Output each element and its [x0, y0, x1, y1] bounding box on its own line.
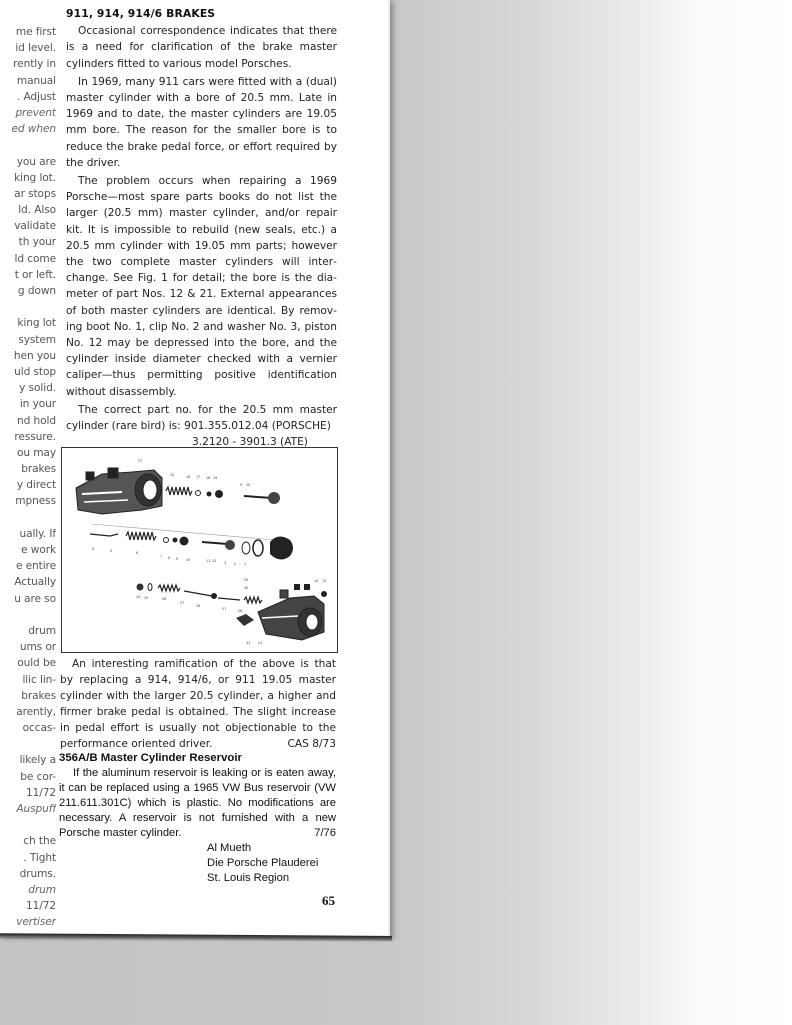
margin-fragment: arently,	[0, 704, 56, 720]
margin-fragment: manual	[0, 73, 56, 89]
svg-text:26: 26	[162, 597, 166, 601]
margin-fragment: ed when	[0, 121, 56, 137]
article-title: 356A/B Master Cylinder Reservoir	[59, 751, 336, 766]
svg-text:15: 15	[170, 473, 174, 477]
region-name: St. Louis Region	[207, 871, 336, 886]
paragraph-intro: Occasional correspondence indicates that…	[66, 23, 337, 72]
page-number: 65	[322, 893, 335, 909]
article-brakes-conclusion: An interesting ramification of the above…	[60, 656, 336, 754]
publication-name: Die Porsche Plauderei	[207, 856, 336, 871]
svg-text:11: 11	[206, 559, 210, 563]
svg-text:13: 13	[322, 579, 326, 583]
margin-fragment: prevent	[0, 105, 56, 121]
paragraph-problem: The problem occurs when repairing a 1969…	[66, 173, 337, 400]
margin-fragment	[0, 510, 56, 526]
margin-fragment: rently in	[0, 56, 56, 72]
margin-fragment: ressure.	[0, 429, 56, 445]
article-brakes: 911, 914, 914/6 BRAKES Occasional corres…	[66, 6, 337, 485]
margin-fragment: 11/72	[0, 785, 56, 801]
margin-fragment: Actually	[0, 574, 56, 590]
svg-text:9: 9	[176, 557, 178, 561]
svg-text:14: 14	[314, 579, 318, 583]
margin-fragment: occas-	[0, 720, 56, 736]
article-title: 911, 914, 914/6 BRAKES	[66, 6, 337, 22]
margin-fragment: t or left.	[0, 267, 56, 283]
margin-fragment: mpness	[0, 493, 56, 509]
margin-fragment: llic lin-	[0, 672, 56, 688]
svg-text:29: 29	[244, 578, 248, 582]
svg-text:17: 17	[196, 475, 200, 479]
margin-fragment: 11/72	[0, 898, 56, 914]
margin-fragment: u are so	[0, 591, 56, 607]
margin-fragment	[0, 736, 56, 752]
paragraph-part-number: The correct part no. for the 20.5 mm mas…	[66, 402, 337, 451]
margin-fragment: ld. Also	[0, 202, 56, 218]
margin-fragment: e work	[0, 542, 56, 558]
svg-text:10: 10	[186, 558, 190, 562]
svg-text:22: 22	[270, 631, 274, 635]
margin-fragment	[0, 607, 56, 623]
margin-fragment: nd hold	[0, 413, 56, 429]
svg-text:30: 30	[244, 586, 248, 590]
margin-fragment	[0, 137, 56, 153]
margin-fragment	[0, 299, 56, 315]
margin-fragment: g down	[0, 283, 56, 299]
margin-fragment: validate	[0, 218, 56, 234]
svg-text:1: 1	[244, 562, 246, 566]
svg-text:19: 19	[213, 476, 217, 480]
margin-fragment: ums or	[0, 639, 56, 655]
margin-fragment: be cor-	[0, 769, 56, 785]
svg-text:21: 21	[258, 641, 262, 645]
margin-fragment: ld come	[0, 251, 56, 267]
margin-fragment: king lot	[0, 315, 56, 331]
margin-fragment: brakes	[0, 461, 56, 477]
margin-fragment: . Tight	[0, 850, 56, 866]
master-cylinder-diagram: 27 1516171819 910 456 78910 1112 321 293…	[62, 448, 337, 652]
margin-fragment: ould be	[0, 655, 56, 671]
svg-text:6: 6	[136, 551, 138, 555]
svg-text:7: 7	[160, 555, 162, 559]
margin-fragment: y direct	[0, 477, 56, 493]
paragraph-bore-history: In 1969, many 911 cars were fitted with …	[66, 74, 337, 171]
margin-fragment: Auspuff	[0, 801, 56, 817]
margin-fragment: th your	[0, 234, 56, 250]
margin-fragment: you are	[0, 154, 56, 170]
part-number-porsche: 901.355.012.04 (PORSCHE)	[184, 420, 331, 432]
margin-fragment	[0, 817, 56, 833]
svg-text:24: 24	[136, 595, 140, 599]
svg-text:16: 16	[186, 475, 190, 479]
margin-fragment: likely a	[0, 752, 56, 768]
svg-text:25: 25	[144, 596, 148, 600]
svg-text:18: 18	[206, 476, 210, 480]
book-page: me firstid level.rently inmanual. Adjust…	[0, 0, 390, 937]
previous-column-fragments: me firstid level.rently inmanual. Adjust…	[0, 24, 56, 931]
page-edge-shadow	[388, 0, 402, 940]
margin-fragment: ch the	[0, 833, 56, 849]
svg-text:27: 27	[222, 607, 226, 611]
svg-text:12: 12	[212, 559, 216, 563]
svg-text:27: 27	[138, 459, 142, 463]
margin-fragment: uld stop	[0, 364, 56, 380]
margin-fragment: king lot.	[0, 170, 56, 186]
svg-text:8: 8	[168, 556, 170, 560]
margin-fragment: me first	[0, 24, 56, 40]
margin-fragment: vertiser	[0, 914, 56, 930]
article-reservoir: 356A/B Master Cylinder Reservoir If the …	[59, 751, 336, 886]
margin-fragment: ually. If	[0, 526, 56, 542]
margin-fragment: in your	[0, 396, 56, 412]
svg-text:2: 2	[234, 562, 236, 566]
author-name: Al Mueth	[207, 841, 336, 856]
margin-fragment: system	[0, 332, 56, 348]
article-signoff: CAS 8/73	[275, 736, 336, 752]
margin-fragment: ar stops	[0, 186, 56, 202]
svg-text:4: 4	[92, 547, 94, 551]
margin-fragment: brakes	[0, 688, 56, 704]
margin-fragment: . Adjust	[0, 89, 56, 105]
svg-text:10: 10	[246, 483, 250, 487]
svg-text:27: 27	[180, 601, 184, 605]
margin-fragment: e entire	[0, 558, 56, 574]
svg-text:28: 28	[238, 609, 242, 613]
exploded-view-figure: 27 1516171819 910 456 78910 1112 321 293…	[61, 447, 338, 653]
svg-text:9: 9	[240, 483, 242, 487]
margin-fragment: id level.	[0, 40, 56, 56]
margin-fragment: drum	[0, 882, 56, 898]
margin-fragment: drum	[0, 623, 56, 639]
svg-text:5: 5	[110, 549, 112, 553]
margin-fragment: hen you	[0, 348, 56, 364]
margin-fragment: ou may	[0, 445, 56, 461]
paragraph-conclusion: An interesting ramification of the above…	[60, 656, 336, 752]
margin-fragment: drums.	[0, 866, 56, 882]
svg-text:3: 3	[224, 561, 226, 565]
margin-fragment: y solid.	[0, 380, 56, 396]
svg-text:31: 31	[246, 641, 250, 645]
svg-text:28: 28	[196, 604, 200, 608]
